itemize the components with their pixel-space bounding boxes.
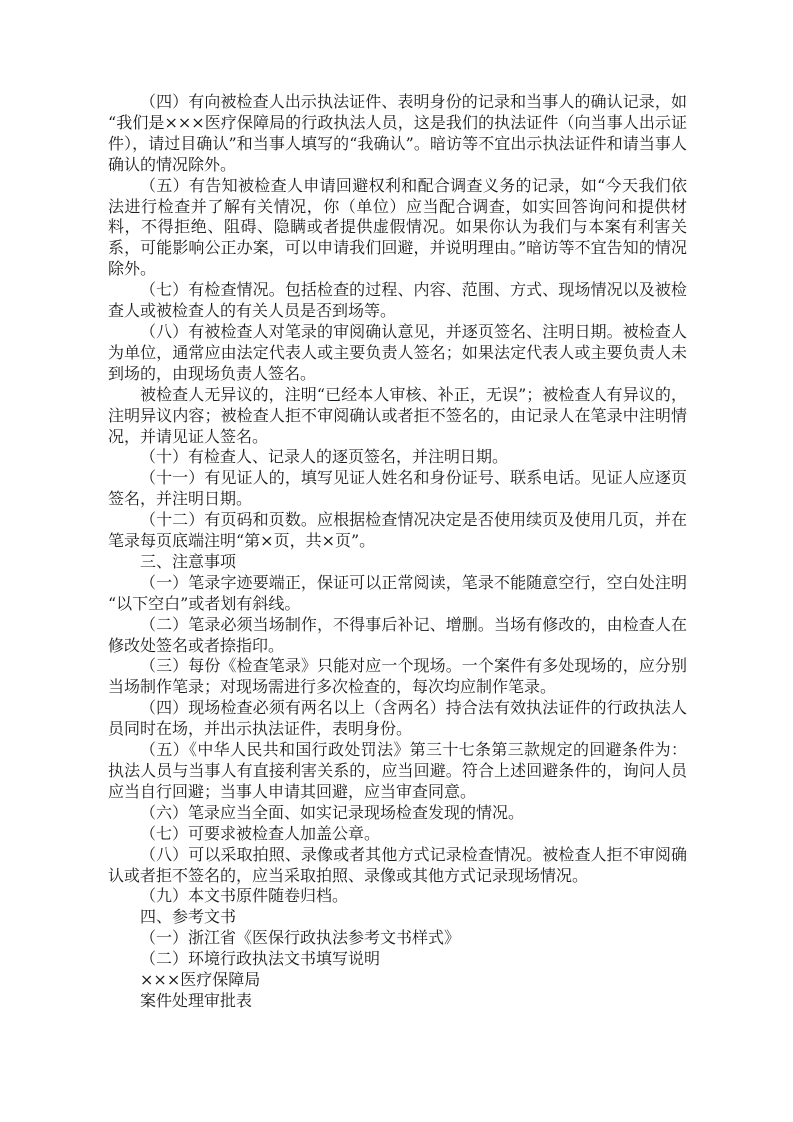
paragraph: （七）可要求被检查人加盖公章。	[108, 824, 687, 845]
paragraph: （八）有被检查人对笔录的审阅确认意见，并逐页签名、注明日期。被检查人为单位，通常…	[108, 322, 687, 385]
paragraph: （十）有检查人、记录人的逐页签名，并注明日期。	[108, 447, 687, 468]
paragraph: （五）有告知被检查人申请回避权利和配合调查义务的记录，如“今天我们依法进行检查并…	[108, 176, 687, 281]
paragraph: 案件处理审批表	[108, 991, 687, 1012]
paragraph: （四）现场检查必须有两名以上（含两名）持合法有效执法证件的行政执法人员同时在场，…	[108, 698, 687, 740]
paragraph: （一）浙江省《医保行政执法参考文书样式》	[108, 928, 687, 949]
paragraph: （九）本文书原件随卷归档。	[108, 886, 687, 907]
paragraph: （十一）有见证人的，填写见证人姓名和身份证号、联系电话。见证人应逐页签名，并注明…	[108, 468, 687, 510]
section-heading: 三、注意事项	[108, 552, 687, 573]
paragraph: （一）笔录字迹要端正，保证可以正常阅读，笔录不能随意空行，空白处注明“以下空白”…	[108, 573, 687, 615]
paragraph: （三）每份《检查笔录》只能对应一个现场。一个案件有多处现场的，应分别当场制作笔录…	[108, 656, 687, 698]
paragraph: ×××医疗保障局	[108, 970, 687, 991]
paragraph: （四）有向被检查人出示执法证件、表明身份的记录和当事人的确认记录，如“我们是××…	[108, 92, 687, 176]
paragraph: （二）笔录必须当场制作，不得事后补记、增删。当场有修改的，由检查人在修改处签名或…	[108, 615, 687, 657]
paragraph: （八）可以采取拍照、录像或者其他方式记录检查情况。被检查人拒不审阅确认或者拒不签…	[108, 845, 687, 887]
paragraph: （六）笔录应当全面、如实记录现场检查发现的情况。	[108, 803, 687, 824]
document-content: （四）有向被检查人出示执法证件、表明身份的记录和当事人的确认记录，如“我们是××…	[108, 92, 687, 1012]
paragraph: 被检查人无异议的，注明“已经本人审核、补正，无误”；被检查人有异议的，注明异议内…	[108, 385, 687, 448]
paragraph: （七）有检查情况。包括检查的过程、内容、范围、方式、现场情况以及被检查人或被检查…	[108, 280, 687, 322]
paragraph: （二）环境行政执法文书填写说明	[108, 949, 687, 970]
paragraph: （十二）有页码和页数。应根据检查情况决定是否使用续页及使用几页，并在笔录每页底端…	[108, 510, 687, 552]
section-heading: 四、参考文书	[108, 907, 687, 928]
document-page: （四）有向被检查人出示执法证件、表明身份的记录和当事人的确认记录，如“我们是××…	[0, 0, 793, 1122]
paragraph: （五）《中华人民共和国行政处罚法》第三十七条第三款规定的回避条件为：执法人员与当…	[108, 740, 687, 803]
